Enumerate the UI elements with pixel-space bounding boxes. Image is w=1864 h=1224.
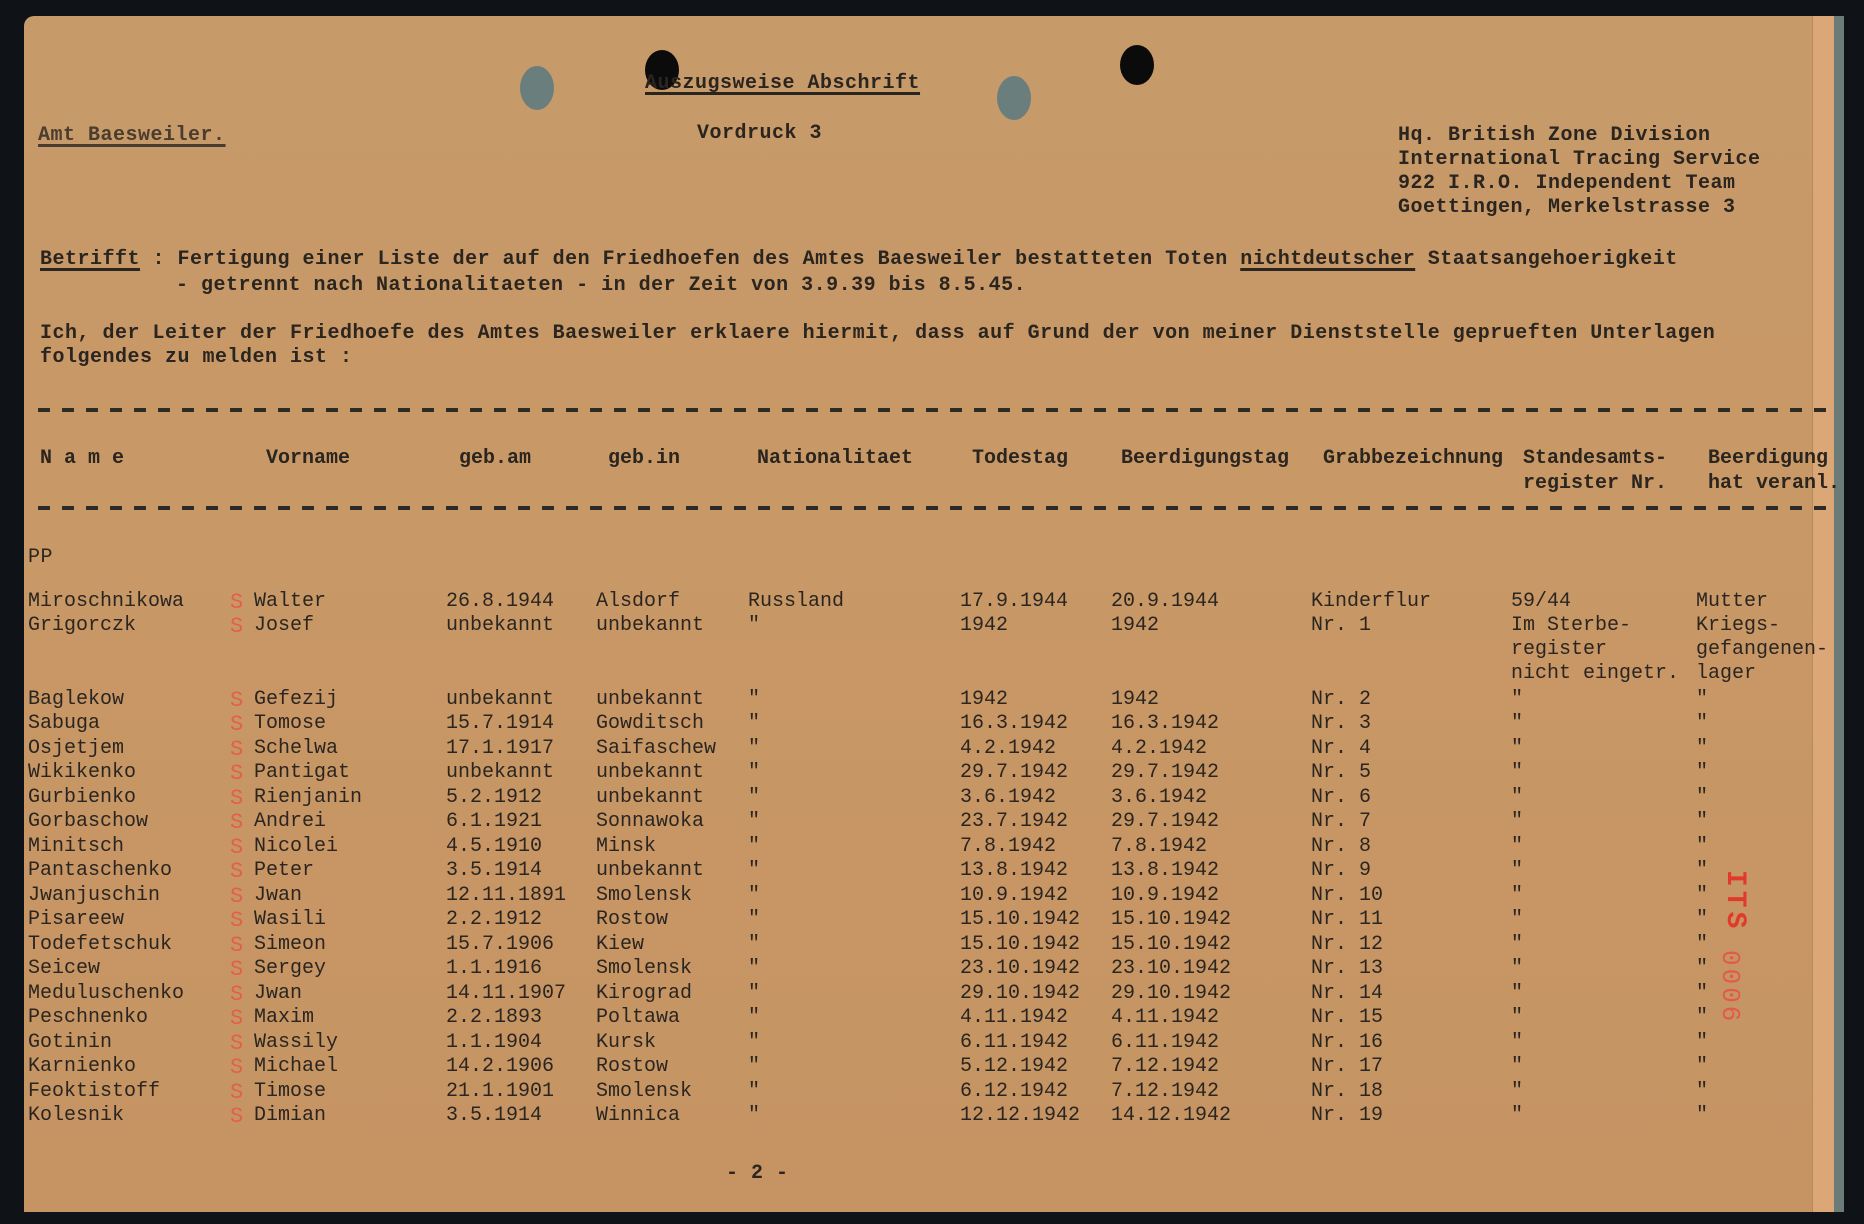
red-s-mark: S xyxy=(230,761,243,786)
row-name: Minitsch xyxy=(28,835,124,859)
row-standesamt-nr: " xyxy=(1511,1055,1523,1079)
row-geb-am: 17.1.1917 xyxy=(446,737,554,761)
row-todestag: 7.8.1942 xyxy=(960,835,1056,859)
table-row: SGurbienkoRienjanin5.2.1912unbekannt"3.6… xyxy=(0,786,1864,810)
row-beerdigungstag: 4.2.1942 xyxy=(1111,737,1207,761)
row-vorname: Walter xyxy=(254,590,326,614)
row-vorname: Peter xyxy=(254,859,314,883)
row-beerdigung-veranlasst: Kriegs- gefangenen- lager xyxy=(1696,614,1828,686)
row-standesamt-nr: Im Sterbe- register nicht eingetr. xyxy=(1511,614,1679,686)
row-vorname: Jwan xyxy=(254,884,302,908)
red-s-mark: S xyxy=(230,1080,243,1105)
row-standesamt-nr: " xyxy=(1511,957,1523,981)
recipient-line: 922 I.R.O. Independent Team xyxy=(1398,172,1736,195)
table-row: SOsjetjemSchelwa17.1.1917Saifaschew"4.2.… xyxy=(0,737,1864,761)
row-geb-in: Kiew xyxy=(596,933,644,957)
row-beerdigung-veranlasst: " xyxy=(1696,884,1708,908)
row-geb-am: 1.1.1904 xyxy=(446,1031,542,1055)
row-nationalitaet: " xyxy=(748,1104,760,1128)
page-number: - 2 - xyxy=(726,1162,789,1185)
row-beerdigungstag: 10.9.1942 xyxy=(1111,884,1219,908)
table-row: SMinitschNicolei4.5.1910Minsk"7.8.19427.… xyxy=(0,835,1864,859)
row-name: Kolesnik xyxy=(28,1104,124,1128)
row-geb-in: Smolensk xyxy=(596,1080,692,1104)
subject-text-line2: - getrennt nach Nationalitaeten - in der… xyxy=(176,274,1026,297)
its-stamp-number: 0006 xyxy=(1715,950,1745,1024)
row-vorname: Timose xyxy=(254,1080,326,1104)
row-todestag: 10.9.1942 xyxy=(960,884,1068,908)
row-vorname: Andrei xyxy=(254,810,326,834)
row-grabbezeichnung: Nr. 13 xyxy=(1311,957,1383,981)
row-beerdigungstag: 13.8.1942 xyxy=(1111,859,1219,883)
red-s-mark: S xyxy=(230,908,243,933)
row-beerdigung-veranlasst: " xyxy=(1696,1006,1708,1030)
row-standesamt-nr: " xyxy=(1511,712,1523,736)
red-s-mark: S xyxy=(230,957,243,982)
row-geb-in: Rostow xyxy=(596,1055,668,1079)
row-standesamt-nr: " xyxy=(1511,688,1523,712)
row-beerdigung-veranlasst: " xyxy=(1696,908,1708,932)
table-row: SFeoktistoffTimose21.1.1901Smolensk"6.12… xyxy=(0,1080,1864,1104)
row-grabbezeichnung: Nr. 9 xyxy=(1311,859,1371,883)
row-todestag: 23.10.1942 xyxy=(960,957,1080,981)
dashed-divider xyxy=(38,408,1828,412)
row-beerdigungstag: 7.8.1942 xyxy=(1111,835,1207,859)
row-name: Grigorczk xyxy=(28,614,136,638)
punch-hole-mark xyxy=(997,76,1031,120)
row-todestag: 6.12.1942 xyxy=(960,1080,1068,1104)
row-grabbezeichnung: Nr. 14 xyxy=(1311,982,1383,1006)
header-beerdigung-veranlasst: hat veranl. xyxy=(1708,472,1840,495)
red-s-mark: S xyxy=(230,1006,243,1031)
row-nationalitaet: " xyxy=(748,1031,760,1055)
table-row: SJwanjuschinJwan12.11.1891Smolensk"10.9.… xyxy=(0,884,1864,908)
row-geb-in: Alsdorf xyxy=(596,590,680,614)
row-todestag: 5.12.1942 xyxy=(960,1055,1068,1079)
recipient-line: International Tracing Service xyxy=(1398,148,1761,171)
header-geb-am: geb.am xyxy=(459,447,531,470)
row-todestag: 4.11.1942 xyxy=(960,1006,1068,1030)
header-beerdigungstag: Beerdigungstag xyxy=(1121,447,1289,470)
table-row: SPantaschenkoPeter3.5.1914unbekannt"13.8… xyxy=(0,859,1864,883)
row-standesamt-nr: " xyxy=(1511,786,1523,810)
row-geb-am: 1.1.1916 xyxy=(446,957,542,981)
row-nationalitaet: " xyxy=(748,737,760,761)
row-beerdigungstag: 3.6.1942 xyxy=(1111,786,1207,810)
row-name: Pisareew xyxy=(28,908,124,932)
row-standesamt-nr: " xyxy=(1511,1080,1523,1104)
row-grabbezeichnung: Nr. 7 xyxy=(1311,810,1371,834)
row-geb-am: 15.7.1906 xyxy=(446,933,554,957)
row-todestag: 15.10.1942 xyxy=(960,908,1080,932)
row-todestag: 13.8.1942 xyxy=(960,859,1068,883)
red-s-mark: S xyxy=(230,712,243,737)
row-beerdigungstag: 20.9.1944 xyxy=(1111,590,1219,614)
row-grabbezeichnung: Nr. 6 xyxy=(1311,786,1371,810)
row-todestag: 23.7.1942 xyxy=(960,810,1068,834)
header-geb-in: geb.in xyxy=(608,447,680,470)
row-name: Baglekow xyxy=(28,688,124,712)
row-grabbezeichnung: Nr. 17 xyxy=(1311,1055,1383,1079)
row-beerdigung-veranlasst: " xyxy=(1696,712,1708,736)
row-geb-am: 5.2.1912 xyxy=(446,786,542,810)
row-vorname: Maxim xyxy=(254,1006,314,1030)
row-name: Seicew xyxy=(28,957,100,981)
punch-hole xyxy=(1120,45,1154,85)
red-s-mark: S xyxy=(230,614,243,639)
row-name: Gotinin xyxy=(28,1031,112,1055)
row-nationalitaet: " xyxy=(748,908,760,932)
row-grabbezeichnung: Nr. 18 xyxy=(1311,1080,1383,1104)
row-vorname: Schelwa xyxy=(254,737,338,761)
row-name: Gorbaschow xyxy=(28,810,148,834)
red-s-mark: S xyxy=(230,810,243,835)
row-geb-am: 14.2.1906 xyxy=(446,1055,554,1079)
row-standesamt-nr: " xyxy=(1511,859,1523,883)
row-todestag: 12.12.1942 xyxy=(960,1104,1080,1128)
row-nationalitaet: " xyxy=(748,614,760,638)
row-beerdigung-veranlasst: " xyxy=(1696,859,1708,883)
red-s-mark: S xyxy=(230,590,243,615)
row-nationalitaet: " xyxy=(748,1006,760,1030)
row-grabbezeichnung: Nr. 15 xyxy=(1311,1006,1383,1030)
row-beerdigungstag: 29.7.1942 xyxy=(1111,810,1219,834)
row-vorname: Michael xyxy=(254,1055,338,1079)
row-standesamt-nr: " xyxy=(1511,761,1523,785)
row-nationalitaet: " xyxy=(748,810,760,834)
subject-emphasis: nichtdeutscher xyxy=(1240,248,1415,271)
row-grabbezeichnung: Nr. 8 xyxy=(1311,835,1371,859)
row-beerdigung-veranlasst: " xyxy=(1696,1104,1708,1128)
row-grabbezeichnung: Nr. 3 xyxy=(1311,712,1371,736)
row-beerdigung-veranlasst: " xyxy=(1696,810,1708,834)
row-beerdigungstag: 1942 xyxy=(1111,614,1159,638)
row-nationalitaet: " xyxy=(748,835,760,859)
header-vorname: Vorname xyxy=(266,447,350,470)
row-todestag: 29.10.1942 xyxy=(960,982,1080,1006)
row-name: Karnienko xyxy=(28,1055,136,1079)
row-todestag: 6.11.1942 xyxy=(960,1031,1068,1055)
row-vorname: Tomose xyxy=(254,712,326,736)
row-beerdigungstag: 15.10.1942 xyxy=(1111,933,1231,957)
row-beerdigungstag: 6.11.1942 xyxy=(1111,1031,1219,1055)
row-grabbezeichnung: Nr. 12 xyxy=(1311,933,1383,957)
red-s-mark: S xyxy=(230,859,243,884)
row-geb-am: 3.5.1914 xyxy=(446,1104,542,1128)
row-nationalitaet: " xyxy=(748,688,760,712)
row-standesamt-nr: " xyxy=(1511,884,1523,908)
row-name: Gurbienko xyxy=(28,786,136,810)
row-geb-in: Winnica xyxy=(596,1104,680,1128)
red-s-mark: S xyxy=(230,1055,243,1080)
row-standesamt-nr: " xyxy=(1511,908,1523,932)
row-vorname: Dimian xyxy=(254,1104,326,1128)
table-row: SSeicewSergey1.1.1916Smolensk"23.10.1942… xyxy=(0,957,1864,981)
header-todestag: Todestag xyxy=(972,447,1068,470)
table-row: SWikikenkoPantigatunbekanntunbekannt"29.… xyxy=(0,761,1864,785)
dashed-divider xyxy=(38,506,1828,510)
row-todestag: 17.9.1944 xyxy=(960,590,1068,614)
row-geb-am: 2.2.1912 xyxy=(446,908,542,932)
table-row: SPeschnenkoMaxim2.2.1893Poltawa"4.11.194… xyxy=(0,1006,1864,1030)
row-grabbezeichnung: Nr. 11 xyxy=(1311,908,1383,932)
row-name: Jwanjuschin xyxy=(28,884,160,908)
row-vorname: Wasili xyxy=(254,908,326,932)
row-beerdigungstag: 23.10.1942 xyxy=(1111,957,1231,981)
row-nationalitaet: " xyxy=(748,957,760,981)
row-geb-am: 3.5.1914 xyxy=(446,859,542,883)
row-beerdigungstag: 14.12.1942 xyxy=(1111,1104,1231,1128)
row-geb-am: 26.8.1944 xyxy=(446,590,554,614)
row-todestag: 29.7.1942 xyxy=(960,761,1068,785)
row-standesamt-nr: " xyxy=(1511,1006,1523,1030)
red-s-mark: S xyxy=(230,933,243,958)
row-beerdigungstag: 16.3.1942 xyxy=(1111,712,1219,736)
punch-hole-mark xyxy=(520,66,554,110)
subject-label: Betrifft xyxy=(40,248,140,271)
red-s-mark: S xyxy=(230,688,243,713)
row-geb-am: 21.1.1901 xyxy=(446,1080,554,1104)
header-standesamt: register Nr. xyxy=(1523,472,1667,495)
table-row: SGotininWassily1.1.1904Kursk"6.11.19426.… xyxy=(0,1031,1864,1055)
row-nationalitaet: " xyxy=(748,1080,760,1104)
row-beerdigung-veranlasst: " xyxy=(1696,957,1708,981)
row-geb-in: Smolensk xyxy=(596,957,692,981)
row-geb-in: Smolensk xyxy=(596,884,692,908)
row-geb-in: Rostow xyxy=(596,908,668,932)
row-geb-in: Gowditsch xyxy=(596,712,704,736)
row-geb-in: unbekannt xyxy=(596,688,704,712)
table-row: SSabugaTomose15.7.1914Gowditsch"16.3.194… xyxy=(0,712,1864,736)
row-beerdigungstag: 7.12.1942 xyxy=(1111,1080,1219,1104)
row-nationalitaet: " xyxy=(748,786,760,810)
row-geb-am: 15.7.1914 xyxy=(446,712,554,736)
row-geb-in: unbekannt xyxy=(596,859,704,883)
header-nationalitaet: Nationalitaet xyxy=(757,447,913,470)
row-grabbezeichnung: Nr. 16 xyxy=(1311,1031,1383,1055)
row-beerdigung-veranlasst: " xyxy=(1696,1031,1708,1055)
row-name: Miroschnikowa xyxy=(28,590,184,614)
row-standesamt-nr: " xyxy=(1511,737,1523,761)
row-nationalitaet: Russland xyxy=(748,590,844,614)
row-geb-in: Saifaschew xyxy=(596,737,716,761)
table-row: SBaglekowGefezijunbekanntunbekannt"19421… xyxy=(0,688,1864,712)
row-beerdigung-veranlasst: Mutter xyxy=(1696,590,1768,614)
row-vorname: Nicolei xyxy=(254,835,338,859)
red-s-mark: S xyxy=(230,1104,243,1129)
row-vorname: Rienjanin xyxy=(254,786,362,810)
section-marker: PP xyxy=(28,546,53,569)
row-nationalitaet: " xyxy=(748,712,760,736)
row-vorname: Josef xyxy=(254,614,314,638)
row-beerdigung-veranlasst: " xyxy=(1696,835,1708,859)
row-beerdigungstag: 29.7.1942 xyxy=(1111,761,1219,785)
row-name: Pantaschenko xyxy=(28,859,172,883)
row-grabbezeichnung: Nr. 5 xyxy=(1311,761,1371,785)
row-todestag: 16.3.1942 xyxy=(960,712,1068,736)
row-nationalitaet: " xyxy=(748,1055,760,1079)
row-vorname: Gefezij xyxy=(254,688,338,712)
row-todestag: 4.2.1942 xyxy=(960,737,1056,761)
row-grabbezeichnung: Nr. 2 xyxy=(1311,688,1371,712)
row-vorname: Wassily xyxy=(254,1031,338,1055)
row-beerdigung-veranlasst: " xyxy=(1696,1055,1708,1079)
row-nationalitaet: " xyxy=(748,933,760,957)
table-row: STodefetschukSimeon15.7.1906Kiew"15.10.1… xyxy=(0,933,1864,957)
row-beerdigungstag: 1942 xyxy=(1111,688,1159,712)
row-geb-in: unbekannt xyxy=(596,786,704,810)
row-standesamt-nr: " xyxy=(1511,933,1523,957)
row-beerdigung-veranlasst: " xyxy=(1696,737,1708,761)
row-todestag: 1942 xyxy=(960,614,1008,638)
row-geb-in: unbekannt xyxy=(596,761,704,785)
red-s-mark: S xyxy=(230,884,243,909)
row-geb-in: Kursk xyxy=(596,1031,656,1055)
row-geb-am: 2.2.1893 xyxy=(446,1006,542,1030)
table-row: SKarnienkoMichael14.2.1906Rostow"5.12.19… xyxy=(0,1055,1864,1079)
row-beerdigungstag: 15.10.1942 xyxy=(1111,908,1231,932)
row-beerdigung-veranlasst: " xyxy=(1696,933,1708,957)
row-geb-in: Kirograd xyxy=(596,982,692,1006)
row-todestag: 15.10.1942 xyxy=(960,933,1080,957)
recipient-line: Goettingen, Merkelstrasse 3 xyxy=(1398,196,1736,219)
row-geb-am: unbekannt xyxy=(446,761,554,785)
form-number: Vordruck 3 xyxy=(697,122,822,145)
header-beerdigung-veranlasst: Beerdigung xyxy=(1708,447,1828,470)
row-standesamt-nr: " xyxy=(1511,810,1523,834)
red-s-mark: S xyxy=(230,737,243,762)
row-nationalitaet: " xyxy=(748,761,760,785)
header-grabbezeichnung: Grabbezeichnung xyxy=(1323,447,1503,470)
header-name: N a m e xyxy=(40,447,124,470)
row-grabbezeichnung: Nr. 19 xyxy=(1311,1104,1383,1128)
row-beerdigungstag: 7.12.1942 xyxy=(1111,1055,1219,1079)
red-s-mark: S xyxy=(230,786,243,811)
table-row: SGorbaschowAndrei6.1.1921Sonnawoka"23.7.… xyxy=(0,810,1864,834)
table-row: SKolesnikDimian3.5.1914Winnica"12.12.194… xyxy=(0,1104,1864,1128)
document-title: Auszugsweise Abschrift xyxy=(645,72,920,95)
row-vorname: Sergey xyxy=(254,957,326,981)
declaration-line: folgendes zu melden ist : xyxy=(40,346,353,369)
row-grabbezeichnung: Nr. 10 xyxy=(1311,884,1383,908)
row-geb-in: Poltawa xyxy=(596,1006,680,1030)
row-nationalitaet: " xyxy=(748,982,760,1006)
row-geb-am: 6.1.1921 xyxy=(446,810,542,834)
row-grabbezeichnung: Kinderflur xyxy=(1311,590,1431,614)
row-todestag: 3.6.1942 xyxy=(960,786,1056,810)
row-beerdigungstag: 4.11.1942 xyxy=(1111,1006,1219,1030)
row-nationalitaet: " xyxy=(748,884,760,908)
row-name: Sabuga xyxy=(28,712,100,736)
row-name: Feoktistoff xyxy=(28,1080,160,1104)
subject-text: Fertigung einer Liste der auf den Friedh… xyxy=(178,248,1241,271)
row-geb-am: 4.5.1910 xyxy=(446,835,542,859)
row-grabbezeichnung: Nr. 1 xyxy=(1311,614,1371,638)
its-stamp: ITS xyxy=(1719,870,1750,932)
red-s-mark: S xyxy=(230,982,243,1007)
row-standesamt-nr: 59/44 xyxy=(1511,590,1571,614)
row-geb-am: 14.11.1907 xyxy=(446,982,566,1006)
row-beerdigung-veranlasst: " xyxy=(1696,761,1708,785)
table-row: SPisareewWasili2.2.1912Rostow"15.10.1942… xyxy=(0,908,1864,932)
row-standesamt-nr: " xyxy=(1511,1104,1523,1128)
recipient-line: Hq. British Zone Division xyxy=(1398,124,1711,147)
row-name: Peschnenko xyxy=(28,1006,148,1030)
row-beerdigung-veranlasst: " xyxy=(1696,786,1708,810)
row-vorname: Jwan xyxy=(254,982,302,1006)
office-name: Amt Baesweiler. xyxy=(38,124,226,147)
row-vorname: Simeon xyxy=(254,933,326,957)
row-geb-in: Minsk xyxy=(596,835,656,859)
row-geb-in: unbekannt xyxy=(596,614,704,638)
table-row: SMeduluschenkoJwan14.11.1907Kirograd"29.… xyxy=(0,982,1864,1006)
red-s-mark: S xyxy=(230,835,243,860)
row-vorname: Pantigat xyxy=(254,761,350,785)
table-row: SMiroschnikowaWalter26.8.1944AlsdorfRuss… xyxy=(0,590,1864,614)
row-geb-am: unbekannt xyxy=(446,688,554,712)
row-beerdigung-veranlasst: " xyxy=(1696,688,1708,712)
header-standesamt: Standesamts- xyxy=(1523,447,1667,470)
subject-text: Staatsangehoerigkeit xyxy=(1415,248,1678,271)
row-beerdigung-veranlasst: " xyxy=(1696,982,1708,1006)
red-s-mark: S xyxy=(230,1031,243,1056)
row-beerdigungstag: 29.10.1942 xyxy=(1111,982,1231,1006)
row-name: Osjetjem xyxy=(28,737,124,761)
row-standesamt-nr: " xyxy=(1511,1031,1523,1055)
table-row: SGrigorczkJosefunbekanntunbekannt"194219… xyxy=(0,614,1864,638)
row-grabbezeichnung: Nr. 4 xyxy=(1311,737,1371,761)
row-standesamt-nr: " xyxy=(1511,982,1523,1006)
row-name: Wikikenko xyxy=(28,761,136,785)
row-geb-am: unbekannt xyxy=(446,614,554,638)
row-beerdigung-veranlasst: " xyxy=(1696,1080,1708,1104)
declaration-line: Ich, der Leiter der Friedhoefe des Amtes… xyxy=(40,322,1715,345)
row-geb-in: Sonnawoka xyxy=(596,810,704,834)
row-standesamt-nr: " xyxy=(1511,835,1523,859)
row-name: Todefetschuk xyxy=(28,933,172,957)
row-geb-am: 12.11.1891 xyxy=(446,884,566,908)
row-todestag: 1942 xyxy=(960,688,1008,712)
row-nationalitaet: " xyxy=(748,859,760,883)
row-name: Meduluschenko xyxy=(28,982,184,1006)
